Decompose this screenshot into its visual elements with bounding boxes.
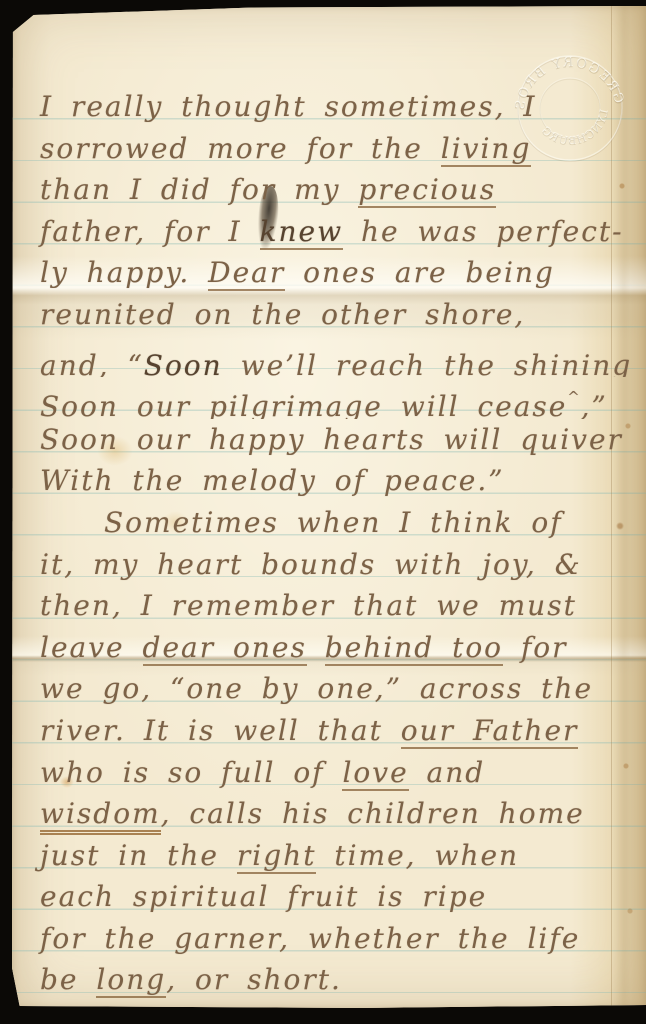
letter-line: With the melody of peace.” [34, 460, 640, 502]
letter-text-segment: ,” [581, 390, 608, 419]
letter-line: and, “Soon we’ll reach the shining river [34, 336, 640, 378]
letter-text-segment: Soon [144, 349, 223, 378]
letter-text-segment: Dear [208, 256, 285, 291]
letter-text-segment: cease [477, 390, 567, 419]
letter-text-segment: than I did for my [40, 173, 358, 206]
letter-text-segment: and [409, 756, 486, 789]
letter-line: father, for I knew he was perfect- [34, 211, 640, 253]
letter-text-segment: With the melody of peace.” [40, 464, 505, 497]
letter-text-segment: river. It is well that [40, 714, 401, 747]
letter-text-segment: it, my heart bounds with joy, & [40, 548, 582, 581]
letter-text-segment: our Father [401, 714, 579, 749]
letter-text-segment: ^ [567, 389, 580, 406]
letter-line: Soon our pilgrimage will cease^,” [34, 377, 640, 419]
letter-line: ly happy. Dear ones are being [34, 252, 640, 294]
letter-text-segment: precious [358, 173, 496, 208]
letter-line: for the garner, whether the life [34, 918, 640, 960]
letter-text-segment: love [342, 756, 408, 791]
letter-text-segment: sorrowed more for the [40, 132, 441, 165]
letter-text-segment: reunited on the other shore, [40, 298, 525, 331]
letter-text-segment: each spiritual fruit is ripe [40, 880, 487, 913]
letter-paper: GREGORY BROS GREGORY BROS LYNCHBURG LYNC… [12, 6, 646, 1008]
letter-text-segment: for [503, 631, 568, 664]
letter-line: river. It is well that our Father [34, 710, 640, 752]
letter-text-segment: just in the [40, 839, 237, 872]
letter-line: Sometimes when I think of [34, 502, 640, 544]
letter-text-segment: Soon our happy hearts will quiver [40, 423, 623, 456]
letter-line: I really thought sometimes, I [34, 86, 640, 128]
letter-text-segment: ones are being [285, 256, 555, 289]
letter-text-segment: father, for I [40, 215, 260, 248]
letter-text-segment: then, I remember that we must [40, 589, 577, 622]
letter-text-segment: knew [260, 215, 344, 250]
letter-text-segment: for the garner, whether the life [40, 922, 580, 955]
letter-text-segment: Sometimes when I think of [104, 506, 563, 539]
letter-text-segment: right [237, 839, 317, 874]
letter-text-segment: wisdom [40, 797, 161, 835]
letter-line: it, my heart bounds with joy, & [34, 544, 640, 586]
letter-line: then, I remember that we must [34, 585, 640, 627]
letter-text-segment: be [40, 963, 96, 996]
letter-text-segment: and, “ [40, 349, 144, 378]
letter-text-segment: time, when [316, 839, 519, 872]
letter-text-segment: , calls his children home [161, 797, 585, 830]
letter-text-segment: he was perfect- [343, 215, 624, 248]
letter-text-segment: behind too [325, 631, 503, 666]
letter-text-segment: we’ll reach the shining [223, 349, 640, 378]
letter-line: be long, or short. [34, 959, 640, 1001]
letter-text-segment: , or short. [166, 963, 342, 996]
scanned-letter-page: { "document": { "kind": "handwritten-let… [0, 0, 646, 1024]
letter-line: reunited on the other shore, [34, 294, 640, 336]
letter-line: just in the right time, when [34, 835, 640, 877]
letter-text-segment: I really thought sometimes, I [40, 90, 536, 123]
letter-text-segment: ly happy. [40, 256, 208, 289]
letter-line: we go, “one by one,” across the [34, 668, 640, 710]
letter-text-segment: dear ones [143, 631, 307, 666]
letter-text-segment: living [441, 132, 532, 167]
letter-line: leave dear ones behind too for [34, 627, 640, 669]
letter-line: each spiritual fruit is ripe [34, 876, 640, 918]
letter-text-segment: Soon our pilgrimage will [40, 390, 477, 419]
letter-line: wisdom, calls his children home [34, 793, 640, 835]
letter-line: Soon our happy hearts will quiver [34, 419, 640, 461]
letter-text-segment [307, 631, 325, 664]
letter-line: sorrowed more for the living [34, 128, 640, 170]
letter-line: than I did for my precious [34, 169, 640, 211]
letter-text-segment: long [96, 963, 166, 998]
letter-line: who is so full of love and [34, 752, 640, 794]
letter-body: I really thought sometimes, Isorrowed mo… [34, 86, 640, 1001]
letter-text-segment: leave [40, 631, 143, 664]
letter-text-segment: we go, “one by one,” across the [40, 672, 593, 705]
letter-text-segment: who is so full of [40, 756, 342, 789]
